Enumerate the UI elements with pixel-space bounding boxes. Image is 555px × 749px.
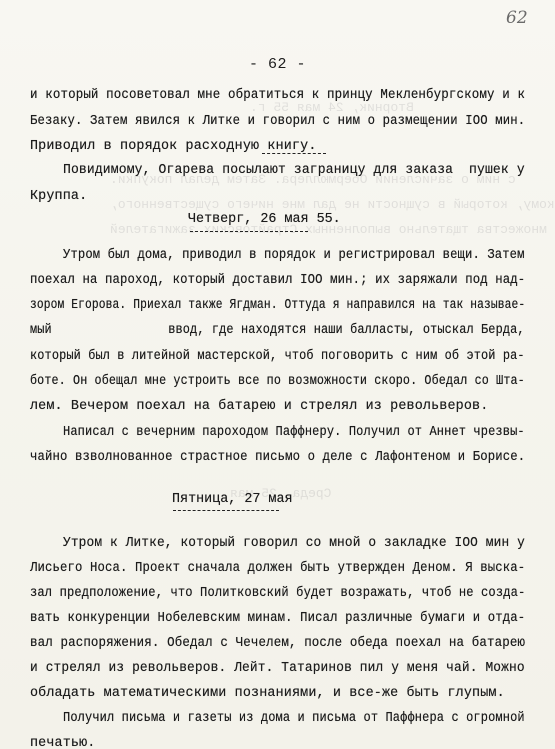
text-line: Безаку. Затем явился к Литке и говорил с… (30, 114, 525, 129)
text-line: Получил письма и газеты из дома и письма… (63, 711, 525, 726)
text-line: и который посоветовал мне обратиться к п… (30, 88, 525, 103)
text-line: вал распоряжения. Обедал с Чечелем, посл… (30, 636, 525, 651)
text-line: Утром к Литке, который говорил со мной о… (63, 536, 525, 551)
heading-underline (173, 510, 279, 511)
text-line: лем. Вечером поехал на батарею и стрелял… (30, 399, 488, 414)
heading-underline (190, 231, 308, 232)
text-line: Повидимому, Огарева посылают заграницу д… (63, 163, 525, 178)
text-line: обладать математическими познаниями, и в… (30, 686, 505, 701)
text-line: который был в литейной мастерской, чтоб … (30, 349, 525, 364)
text-line: Приводил в порядок расходную книгу. (30, 139, 317, 154)
document-page: Вторник, 24 мая 55 г. с ним о зачислении… (0, 0, 555, 749)
text-line: чайно взволнованное страстное письмо о д… (30, 450, 525, 465)
archive-folio-mark: 62 (506, 8, 528, 28)
text-line: Утром был дома, приводил в порядок и рег… (63, 248, 525, 263)
entry-heading-thursday: Четверг, 26 мая 55. (188, 212, 341, 227)
text-line: мый ввод, где находятся наши балласты, о… (30, 323, 525, 338)
text-line: зал предположение, что Политковский буде… (30, 586, 525, 601)
text-line: Написал с вечерним пароходом Паффнеру. П… (63, 425, 525, 440)
text-line: зором Егорова. Приехал также Ягдман. Отт… (30, 298, 525, 313)
dashed-underline (262, 153, 326, 154)
page-number: - 62 - (0, 56, 555, 73)
text-line: боте. Он обещал мне устроить все по возм… (30, 374, 525, 389)
text-line: вать конкуренции Нобелевским минам. Писа… (30, 611, 525, 626)
entry-heading-friday: Пятница, 27 мая (172, 492, 293, 507)
text-line: Лисьего Носа. Проект сначала должен быть… (30, 561, 525, 576)
text-line: и стрелял из револьверов. Лейт. Татарино… (30, 661, 525, 676)
text-line: печатью. (30, 736, 96, 749)
text-line: поехал на пароход, который доставил IOO … (30, 273, 525, 288)
text-line: Круппа. (30, 189, 87, 204)
bleed-through-text: Дрезскому, который в сущности не дал мне… (110, 197, 555, 212)
